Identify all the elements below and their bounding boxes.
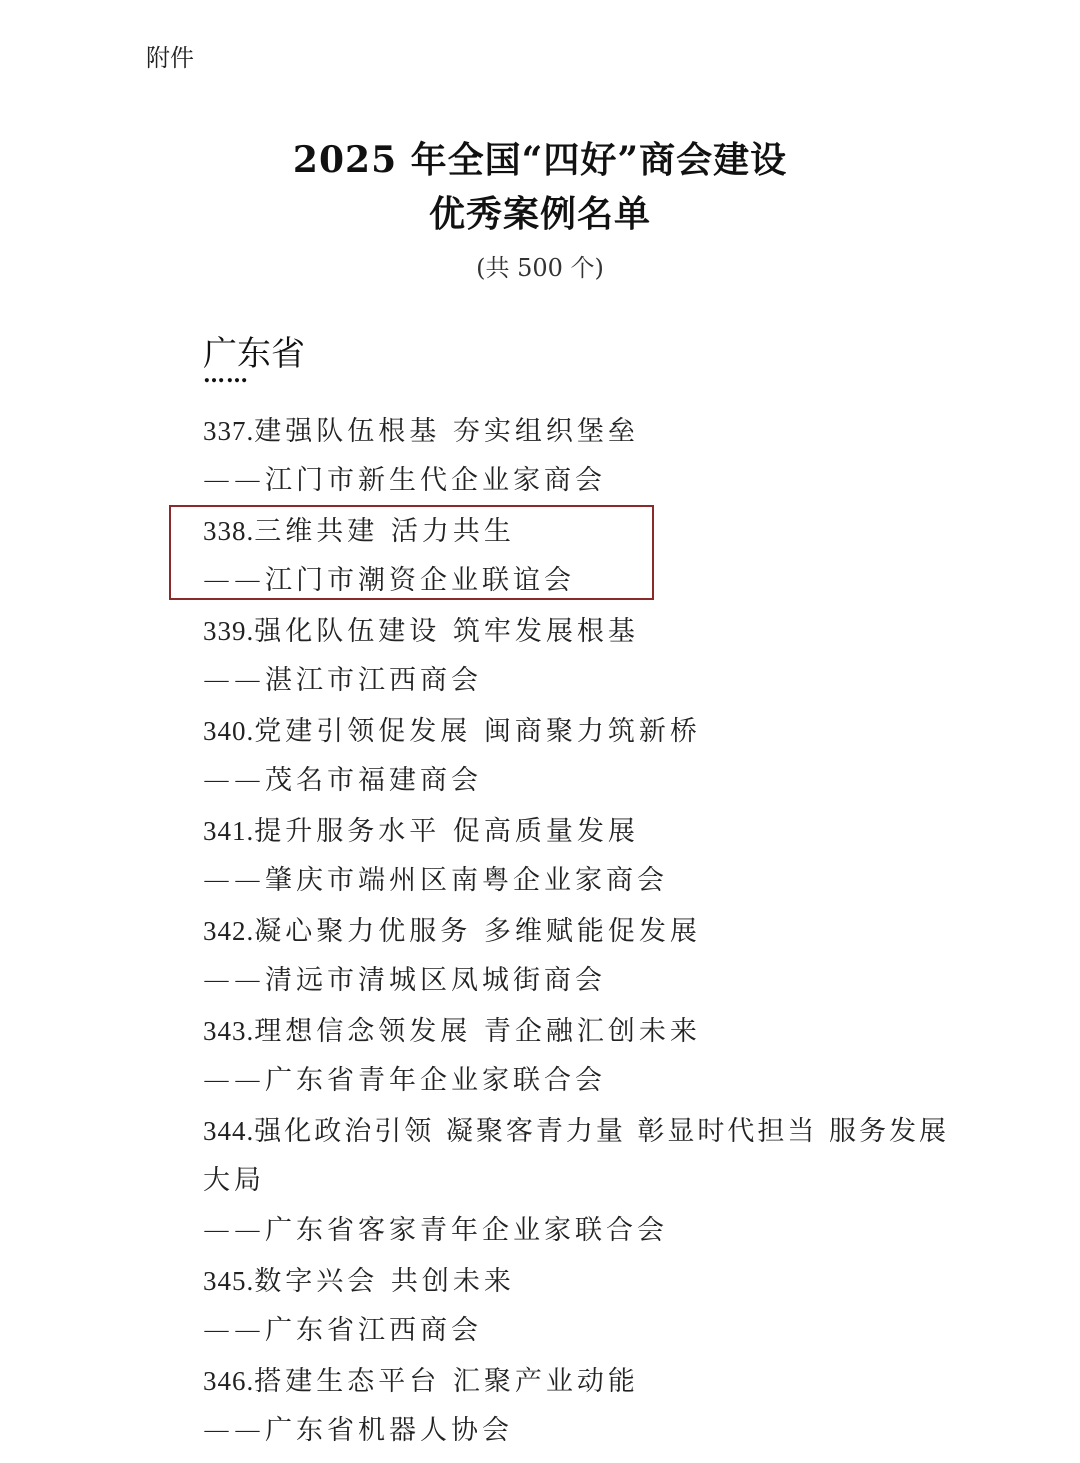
case-number: 338. bbox=[203, 516, 254, 546]
case-title-text: 建强队伍根基 夯实组织堡垒 bbox=[254, 416, 639, 447]
case-title: 342.凝心聚力优服务 多维赋能促发展 bbox=[203, 906, 983, 956]
list-item-337: 337.建强队伍根基 夯实组织堡垒 ——江门市新生代企业家商会 bbox=[203, 406, 983, 506]
case-title-text: 党建引领促发展 闽商聚力筑新桥 bbox=[254, 716, 701, 747]
list-item-344: 344.强化政治引领 凝聚客青力量 彰显时代担当 服务发展 大局 ——广东省客家… bbox=[203, 1106, 983, 1256]
case-title: 345.数字兴会 共创未来 bbox=[203, 1256, 983, 1306]
case-title: 346.搭建生态平台 汇聚产业动能 bbox=[203, 1356, 983, 1406]
case-organization: ——江门市新生代企业家商会 bbox=[203, 456, 983, 506]
list-item-346: 346.搭建生态平台 汇聚产业动能 ——广东省机器人协会 bbox=[203, 1356, 983, 1456]
case-title: 341.提升服务水平 促高质量发展 bbox=[203, 806, 983, 856]
case-title-text: 搭建生态平台 汇聚产业动能 bbox=[254, 1366, 639, 1397]
list-item-338: 338.三维共建 活力共生 ——江门市潮资企业联谊会 bbox=[203, 506, 983, 606]
case-title: 343.理想信念领发展 青企融汇创未来 bbox=[203, 1006, 983, 1056]
omission-ellipsis: …… bbox=[203, 362, 249, 388]
list-item-340: 340.党建引领促发展 闽商聚力筑新桥 ——茂名市福建商会 bbox=[203, 706, 983, 806]
case-number: 341. bbox=[203, 816, 254, 846]
case-number: 345. bbox=[203, 1266, 254, 1296]
case-title: 339.强化队伍建设 筑牢发展根基 bbox=[203, 606, 983, 656]
list-item-343: 343.理想信念领发展 青企融汇创未来 ——广东省青年企业家联合会 bbox=[203, 1006, 983, 1106]
case-organization: ——广东省青年企业家联合会 bbox=[203, 1056, 983, 1106]
case-list: 337.建强队伍根基 夯实组织堡垒 ——江门市新生代企业家商会 338.三维共建… bbox=[203, 406, 983, 1456]
list-item-339: 339.强化队伍建设 筑牢发展根基 ——湛江市江西商会 bbox=[203, 606, 983, 706]
list-item-341: 341.提升服务水平 促高质量发展 ——肇庆市端州区南粤企业家商会 bbox=[203, 806, 983, 906]
case-title-text: 强化队伍建设 筑牢发展根基 bbox=[254, 616, 639, 647]
document-title-line-2: 优秀案例名单 bbox=[0, 186, 1080, 237]
case-number: 346. bbox=[203, 1366, 254, 1396]
case-title-text: 提升服务水平 促高质量发展 bbox=[254, 816, 639, 847]
case-organization: ——江门市潮资企业联谊会 bbox=[203, 556, 983, 606]
case-title: 338.三维共建 活力共生 bbox=[203, 506, 983, 556]
case-organization: ——广东省机器人协会 bbox=[203, 1406, 983, 1456]
case-title-text: 强化政治引领 凝聚客青力量 彰显时代担当 服务发展 bbox=[254, 1116, 949, 1147]
case-organization: ——湛江市江西商会 bbox=[203, 656, 983, 706]
attachment-label: 附件 bbox=[146, 38, 194, 73]
case-organization: ——广东省客家青年企业家联合会 bbox=[203, 1206, 983, 1256]
case-title-text: 理想信念领发展 青企融汇创未来 bbox=[254, 1016, 701, 1047]
document-subtitle-count: (共 500 个) bbox=[0, 248, 1080, 283]
case-number: 340. bbox=[203, 716, 254, 746]
case-title-text: 凝心聚力优服务 多维赋能促发展 bbox=[254, 916, 701, 947]
case-organization: ——茂名市福建商会 bbox=[203, 756, 983, 806]
case-number: 339. bbox=[203, 616, 254, 646]
document-title-line-1: 2025 年全国“四好”商会建设 bbox=[0, 132, 1080, 183]
case-organization: ——清远市清城区凤城街商会 bbox=[203, 956, 983, 1006]
case-title: 340.党建引领促发展 闽商聚力筑新桥 bbox=[203, 706, 983, 756]
case-title-text: 三维共建 活力共生 bbox=[254, 516, 515, 547]
case-title-continuation: 大局 bbox=[203, 1156, 983, 1206]
list-item-345: 345.数字兴会 共创未来 ——广东省江西商会 bbox=[203, 1256, 983, 1356]
case-number: 337. bbox=[203, 416, 254, 446]
case-number: 344. bbox=[203, 1116, 254, 1146]
case-title-text: 数字兴会 共创未来 bbox=[254, 1266, 515, 1297]
case-title: 337.建强队伍根基 夯实组织堡垒 bbox=[203, 406, 983, 456]
case-title: 344.强化政治引领 凝聚客青力量 彰显时代担当 服务发展 bbox=[203, 1106, 983, 1156]
case-number: 343. bbox=[203, 1016, 254, 1046]
case-organization: ——广东省江西商会 bbox=[203, 1306, 983, 1356]
case-organization: ——肇庆市端州区南粤企业家商会 bbox=[203, 856, 983, 906]
case-number: 342. bbox=[203, 916, 254, 946]
list-item-342: 342.凝心聚力优服务 多维赋能促发展 ——清远市清城区凤城街商会 bbox=[203, 906, 983, 1006]
